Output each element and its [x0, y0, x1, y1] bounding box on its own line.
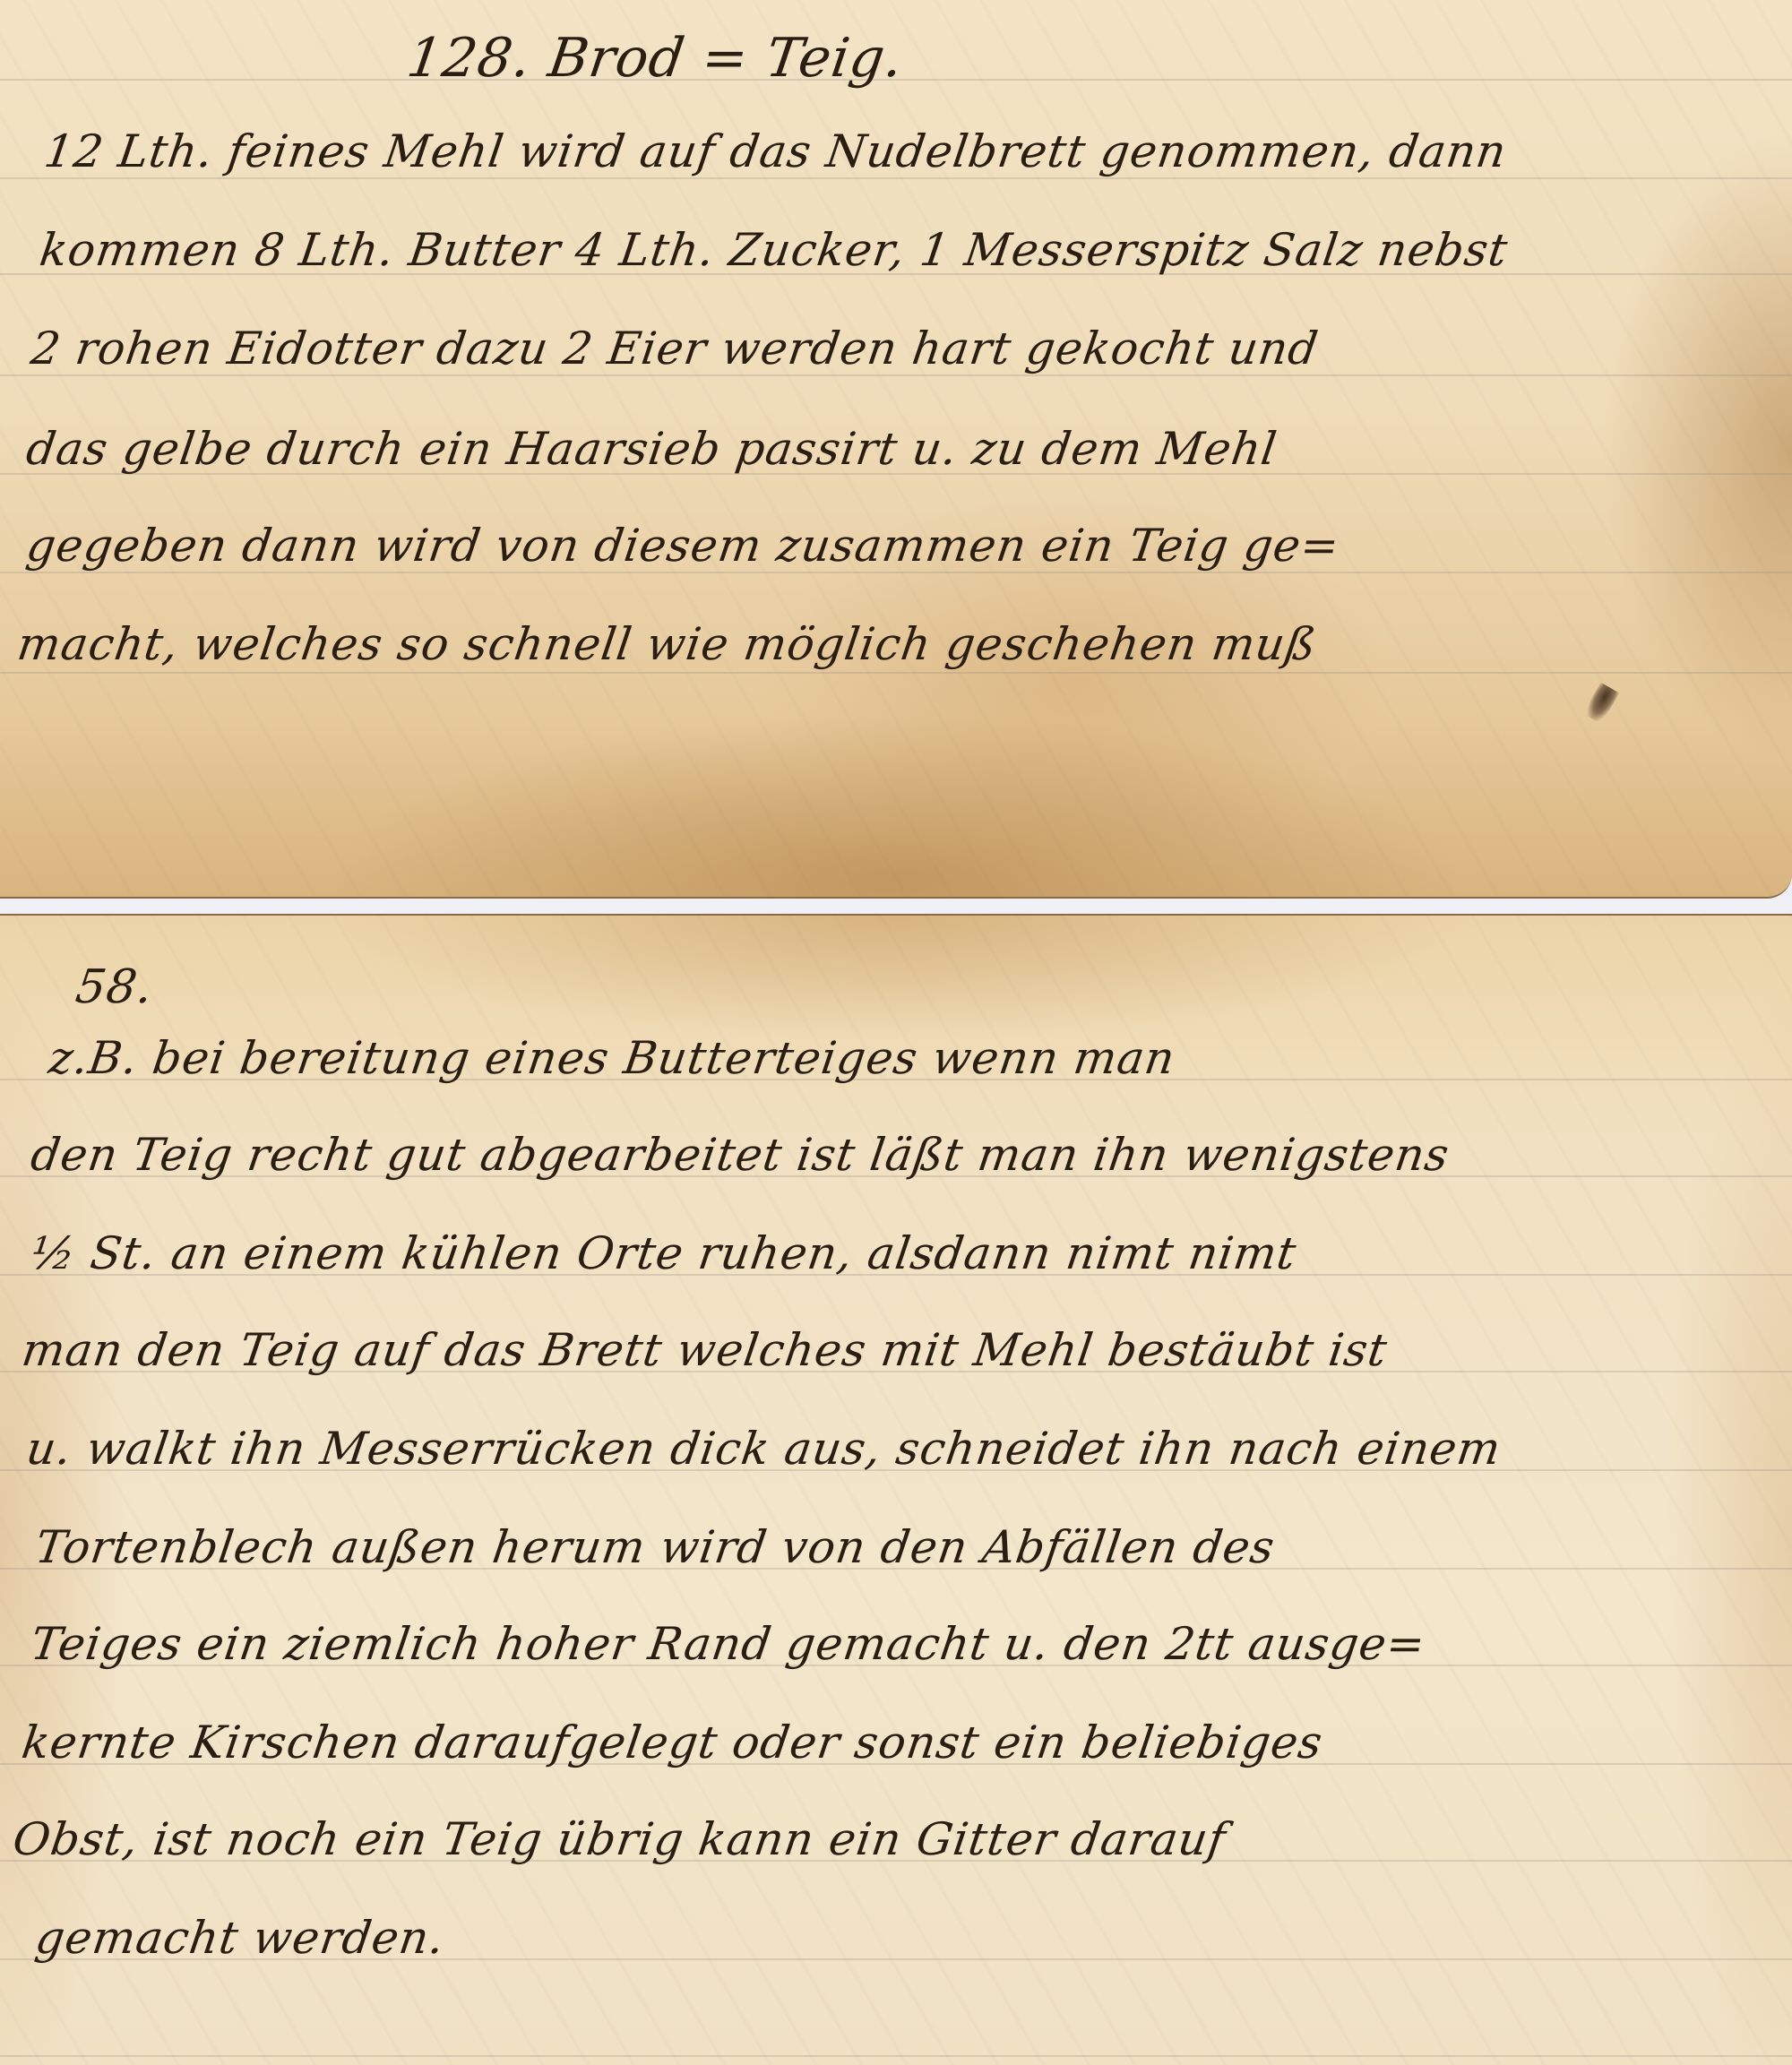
text-line: das gelbe durch ein Haarsieb passirt u. …: [23, 423, 1280, 475]
bottom-page-scan: 58. z.B. bei bereitung eines Butterteige…: [0, 914, 1792, 2065]
text-line: kommen 8 Lth. Butter 4 Lth. Zucker, 1 Me…: [37, 224, 1512, 276]
text-line: ½ St. an einem kühlen Orte ruhen, alsdan…: [28, 1227, 1300, 1279]
ruled-line: [0, 177, 1792, 179]
ruled-line: [0, 374, 1792, 376]
text-line: gegeben dann wird von diesem zusammen ei…: [23, 520, 1343, 572]
page-gap: [0, 899, 1792, 914]
top-page-scan: 128. Brod = Teig. 12 Lth. feines Mehl wi…: [0, 0, 1792, 899]
ruled-line: [0, 572, 1792, 573]
text-line: gemacht werden.: [32, 1912, 448, 1964]
text-line: man den Teig auf das Brett welches mit M…: [19, 1324, 1391, 1376]
text-line: macht, welches so schnell wie möglich ge…: [14, 618, 1320, 670]
text-line: 12 Lth. feines Mehl wird auf das Nudelbr…: [41, 125, 1510, 177]
text-line: kernte Kirschen daraufgelegt oder sonst …: [19, 1717, 1326, 1768]
text-line: den Teig recht gut abgearbeitet ist läßt…: [28, 1129, 1452, 1181]
page-number: 58.: [73, 960, 157, 1014]
text-line: 2 rohen Eidotter dazu 2 Eier werden hart…: [28, 323, 1322, 374]
text-line: Tortenblech außen herum wird von den Abf…: [32, 1521, 1279, 1573]
ink-blot: [1583, 683, 1620, 725]
text-line: Obst, ist noch ein Teig übrig kann ein G…: [10, 1813, 1229, 1865]
ruled-line: [0, 672, 1792, 674]
text-line: z.B. bei bereitung eines Butterteiges we…: [46, 1032, 1178, 1084]
bleed-through-texture: [0, 916, 1792, 2065]
ruled-line: [0, 2055, 1792, 2057]
recipe-heading: 128. Brod = Teig.: [403, 27, 908, 90]
text-line: u. walkt ihn Messerrücken dick aus, schn…: [23, 1423, 1504, 1475]
text-line: Teiges ein ziemlich hoher Rand gemacht u…: [28, 1618, 1429, 1670]
